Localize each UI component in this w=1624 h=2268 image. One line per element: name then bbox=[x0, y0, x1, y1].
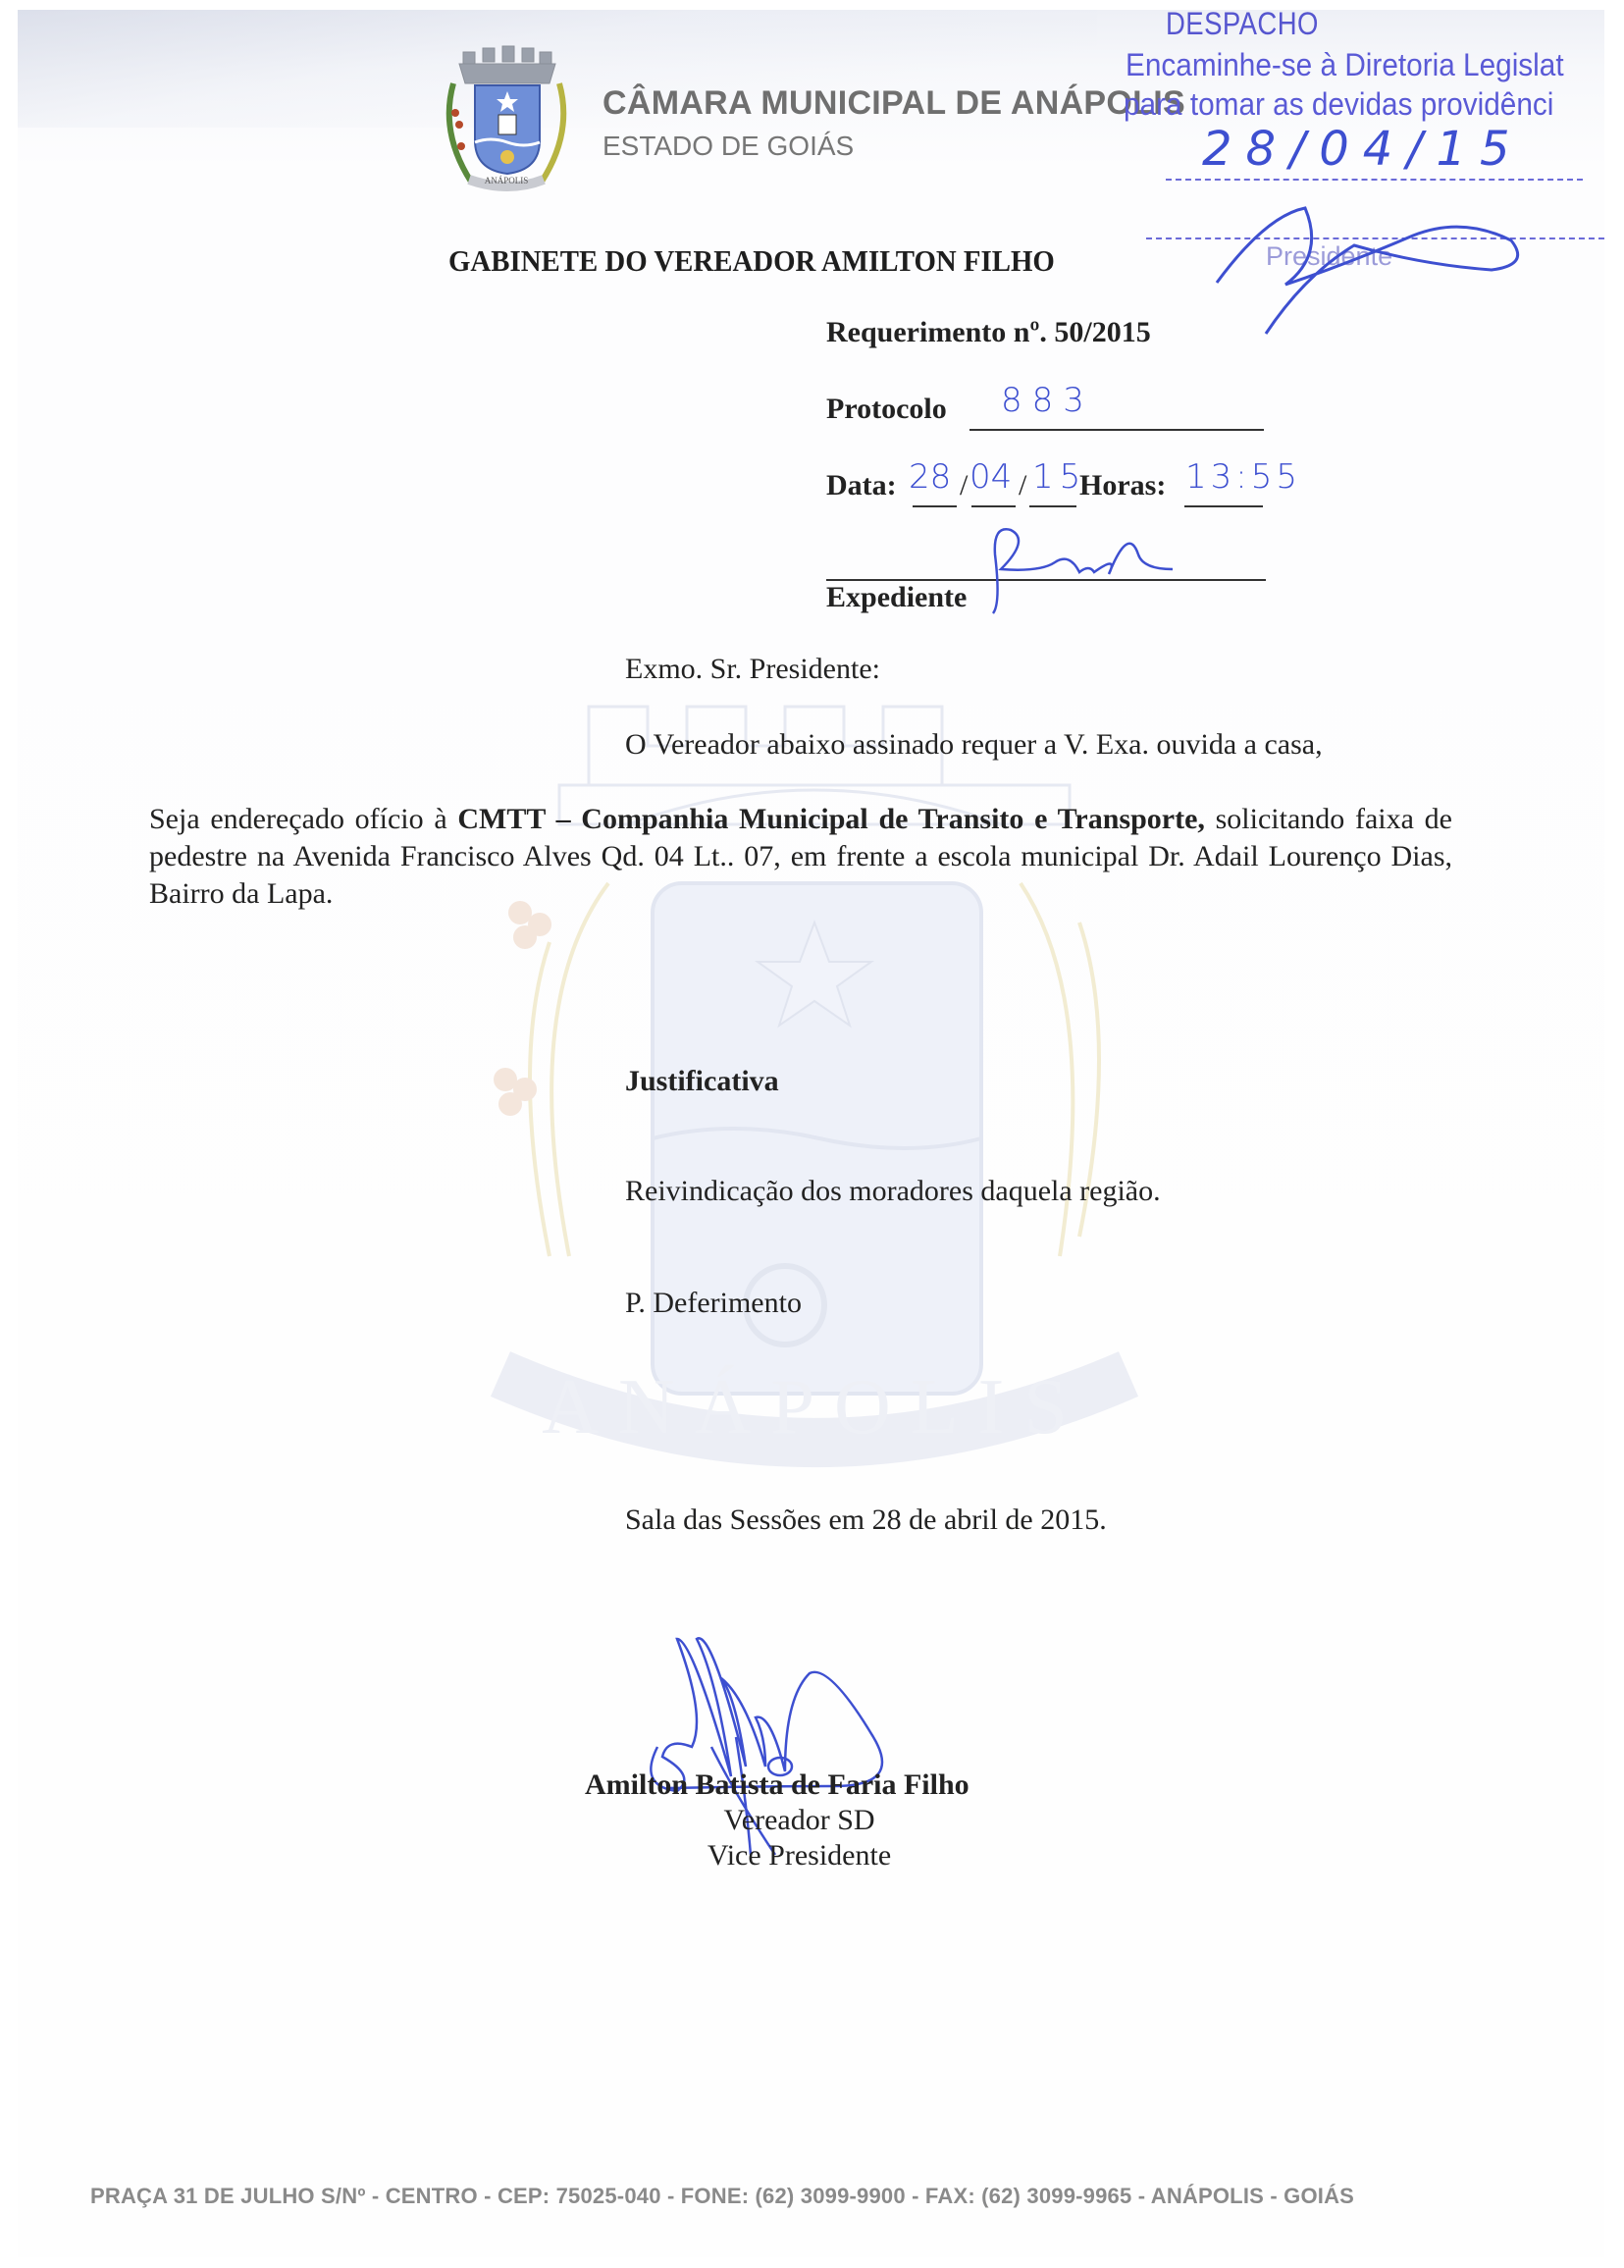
protocol-underline bbox=[969, 429, 1264, 431]
protocol-label: Protocolo bbox=[826, 393, 947, 426]
organization-state: ESTADO DE GOIÁS bbox=[602, 131, 854, 162]
closing-text: Sala das Sessões em 28 de abril de 2015. bbox=[625, 1503, 1107, 1537]
date-year: 15 bbox=[1032, 457, 1086, 497]
deferimento-text: P. Deferimento bbox=[625, 1287, 802, 1320]
salutation: Exmo. Sr. Presidente: bbox=[625, 653, 880, 686]
date-day-underline bbox=[913, 505, 957, 507]
office-title: GABINETE DO VEREADOR AMILTON FILHO bbox=[448, 243, 1055, 279]
request-number: Requerimento nº. 50/2015 bbox=[826, 316, 1151, 349]
date-day: 28 bbox=[909, 457, 951, 497]
stamp-text-line-1: Encaminhe-se à Diretoria Legislat bbox=[1126, 47, 1564, 83]
signatory-name: Amilton Batista de Faria Filho bbox=[585, 1768, 969, 1802]
request-paragraph: Seja endereçado ofício à CMTT – Companhi… bbox=[149, 801, 1452, 913]
intro-text: O Vereador abaixo assinado requer a V. E… bbox=[625, 728, 1323, 762]
time-label: Horas: bbox=[1079, 469, 1166, 502]
date-month: 04 bbox=[969, 457, 1012, 497]
justification-title: Justificativa bbox=[625, 1065, 779, 1098]
stamp-text-line-2: para tomar as devidas providênci bbox=[1124, 86, 1553, 123]
date-separator: / bbox=[960, 469, 968, 502]
expediente-signature-icon bbox=[971, 515, 1197, 623]
request-paragraph-entity: CMTT – Companhia Municipal de Transito e… bbox=[457, 803, 1205, 835]
expediente-label: Expediente bbox=[826, 581, 967, 614]
stamp-handwritten-date: 28/04/15 bbox=[1202, 122, 1524, 177]
date-separator: / bbox=[1019, 469, 1026, 502]
date-year-underline bbox=[1029, 505, 1076, 507]
protocol-value: 883 bbox=[1001, 381, 1094, 420]
request-paragraph-start: Seja endereçado ofício à bbox=[149, 803, 457, 835]
stamp-title: DESPACHO bbox=[1166, 6, 1319, 42]
footer-address: PRAÇA 31 DE JULHO S/Nº - CENTRO - CEP: 7… bbox=[90, 2184, 1354, 2209]
organization-name: CÂMARA MUNICIPAL DE ANÁPOLIS bbox=[602, 84, 1185, 123]
president-signature-icon bbox=[1207, 196, 1560, 343]
time-underline bbox=[1184, 505, 1263, 507]
justification-text: Reivindicação dos moradores daquela regi… bbox=[625, 1175, 1161, 1208]
date-month-underline bbox=[971, 505, 1016, 507]
crest-icon: ANÁPOLIS bbox=[434, 44, 579, 201]
date-label: Data: bbox=[826, 469, 897, 502]
time-value: 13:55 bbox=[1185, 457, 1301, 497]
signatory-position: Vice Presidente bbox=[585, 1839, 1014, 1872]
watermark-crest-icon: ANÁPOLIS bbox=[393, 667, 1236, 1511]
signatory-role: Vereador SD bbox=[585, 1804, 1014, 1837]
svg-text:ANÁPOLIS: ANÁPOLIS bbox=[542, 1364, 1087, 1450]
stamp-date-line bbox=[1166, 179, 1583, 181]
svg-text:ANÁPOLIS: ANÁPOLIS bbox=[485, 176, 529, 185]
